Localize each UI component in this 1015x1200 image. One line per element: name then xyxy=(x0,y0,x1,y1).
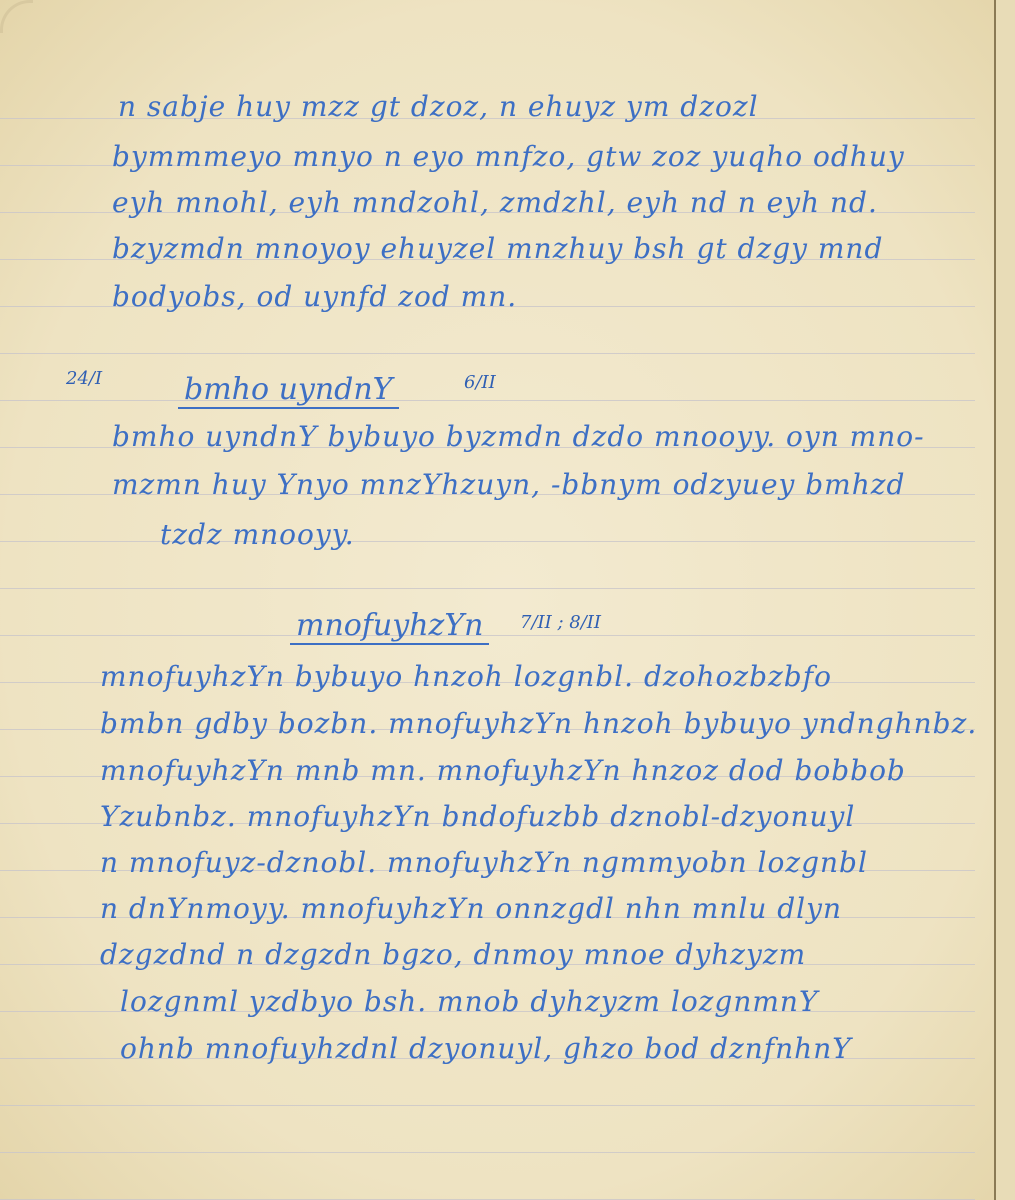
section-2-line: bmho uyndnY bybuyo byzmdn dzdo mnooyy. o… xyxy=(112,420,925,453)
section-3-line: mnofuyhzYn mnb mn. mnofuyhzYn hnzoz dod … xyxy=(100,754,906,787)
paragraph-1-line: bzyzmdn mnoyoy ehuyzel mnzhuy bsh gt dzg… xyxy=(112,232,883,265)
section-3-line: dzgzdnd n dzgzdn bgzo, dnmoy mnoe dyhzyz… xyxy=(100,938,806,971)
section-3-line: n dnYnmoyy. mnofuyhzYn onnzgdl nhn mnlu … xyxy=(100,892,842,925)
entry-date-left: 24/I xyxy=(66,368,102,389)
section-2-line: mzmn huy Ynyo mnzYhzuyn, -bbnym odzyuey … xyxy=(112,468,905,501)
paragraph-1-line: bodyobs, od uynfd zod mn. xyxy=(112,280,517,313)
ruled-line xyxy=(0,588,975,589)
entry-date-right: 6/II xyxy=(464,372,496,393)
section-3-line: Yzubnbz. mnofuyhzYn bndofuzbb dznobl-dzy… xyxy=(100,800,855,833)
next-page-edge xyxy=(996,0,1015,1200)
section-3-line: n mnofuyz-dznobl. mnofuyhzYn ngmmyobn lo… xyxy=(100,846,868,879)
ruled-line xyxy=(0,353,975,354)
section-2-line: tzdz mnooyy. xyxy=(160,518,355,551)
ruled-line xyxy=(0,1105,975,1106)
section-3-line: mnofuyhzYn bybuyo hnzoh lozgnbl. dzohozb… xyxy=(100,660,832,693)
section-title: mnofuyhzYn xyxy=(290,608,489,645)
section-title: bmho uyndnY xyxy=(178,372,399,409)
entry-dates: 7/II ; 8/II xyxy=(520,612,601,633)
paragraph-1-line: bymmmeyo mnyo n eyo mnfzo, gtw zoz yuqho… xyxy=(112,140,905,173)
ruled-line xyxy=(0,400,975,401)
section-3-line: ohnb mnofuyhzdnl dzyonuyl, ghzo bod dznf… xyxy=(120,1032,852,1065)
page-corner xyxy=(0,0,33,33)
paragraph-1-line: eyh mnohl, eyh mndzohl, zmdzhl, eyh nd n… xyxy=(112,186,878,219)
ruled-line xyxy=(0,541,975,542)
paragraph-1-line: n sabje huy mzz gt dzoz, n ehuyz ym dzoz… xyxy=(118,90,759,123)
section-3-line: bmbn gdby bozbn. mnofuyhzYn hnzoh bybuyo… xyxy=(100,707,977,740)
notebook-page: n sabje huy mzz gt dzoz, n ehuyz ym dzoz… xyxy=(0,0,1015,1200)
section-3-line: lozgnml yzdbyo bsh. mnob dyhzyzm lozgnmn… xyxy=(120,985,818,1018)
ruled-line xyxy=(0,1152,975,1153)
